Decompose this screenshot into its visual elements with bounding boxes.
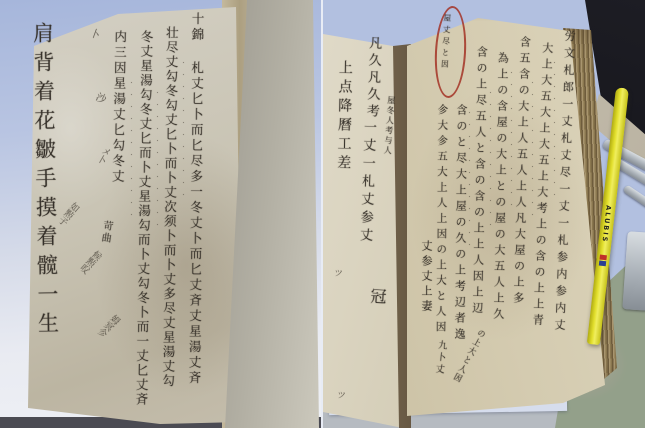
right-photo: 凡久凡久考 上点降曆工差 屋冬人考与人 一丈一札丈参丈 冠 ツ ツ 屋丈尽と因 … — [321, 0, 645, 428]
pen-logo-red — [599, 255, 607, 261]
metal-tool — [623, 184, 645, 215]
pen-logo-blue — [599, 260, 607, 266]
metal-tool — [622, 231, 645, 311]
left-photo: 十錦 札丈匕卜而匕尽多一冬丈卜而匕丈斉丈星湯丈斉 ············ 壮尽… — [0, 0, 321, 428]
pen-brand-label: ALUBIS — [600, 205, 612, 244]
photo-collage: 十錦 札丈匕卜而匕尽多一冬丈卜而匕丈斉丈星湯丈斉 ············ 壮尽… — [0, 0, 645, 428]
